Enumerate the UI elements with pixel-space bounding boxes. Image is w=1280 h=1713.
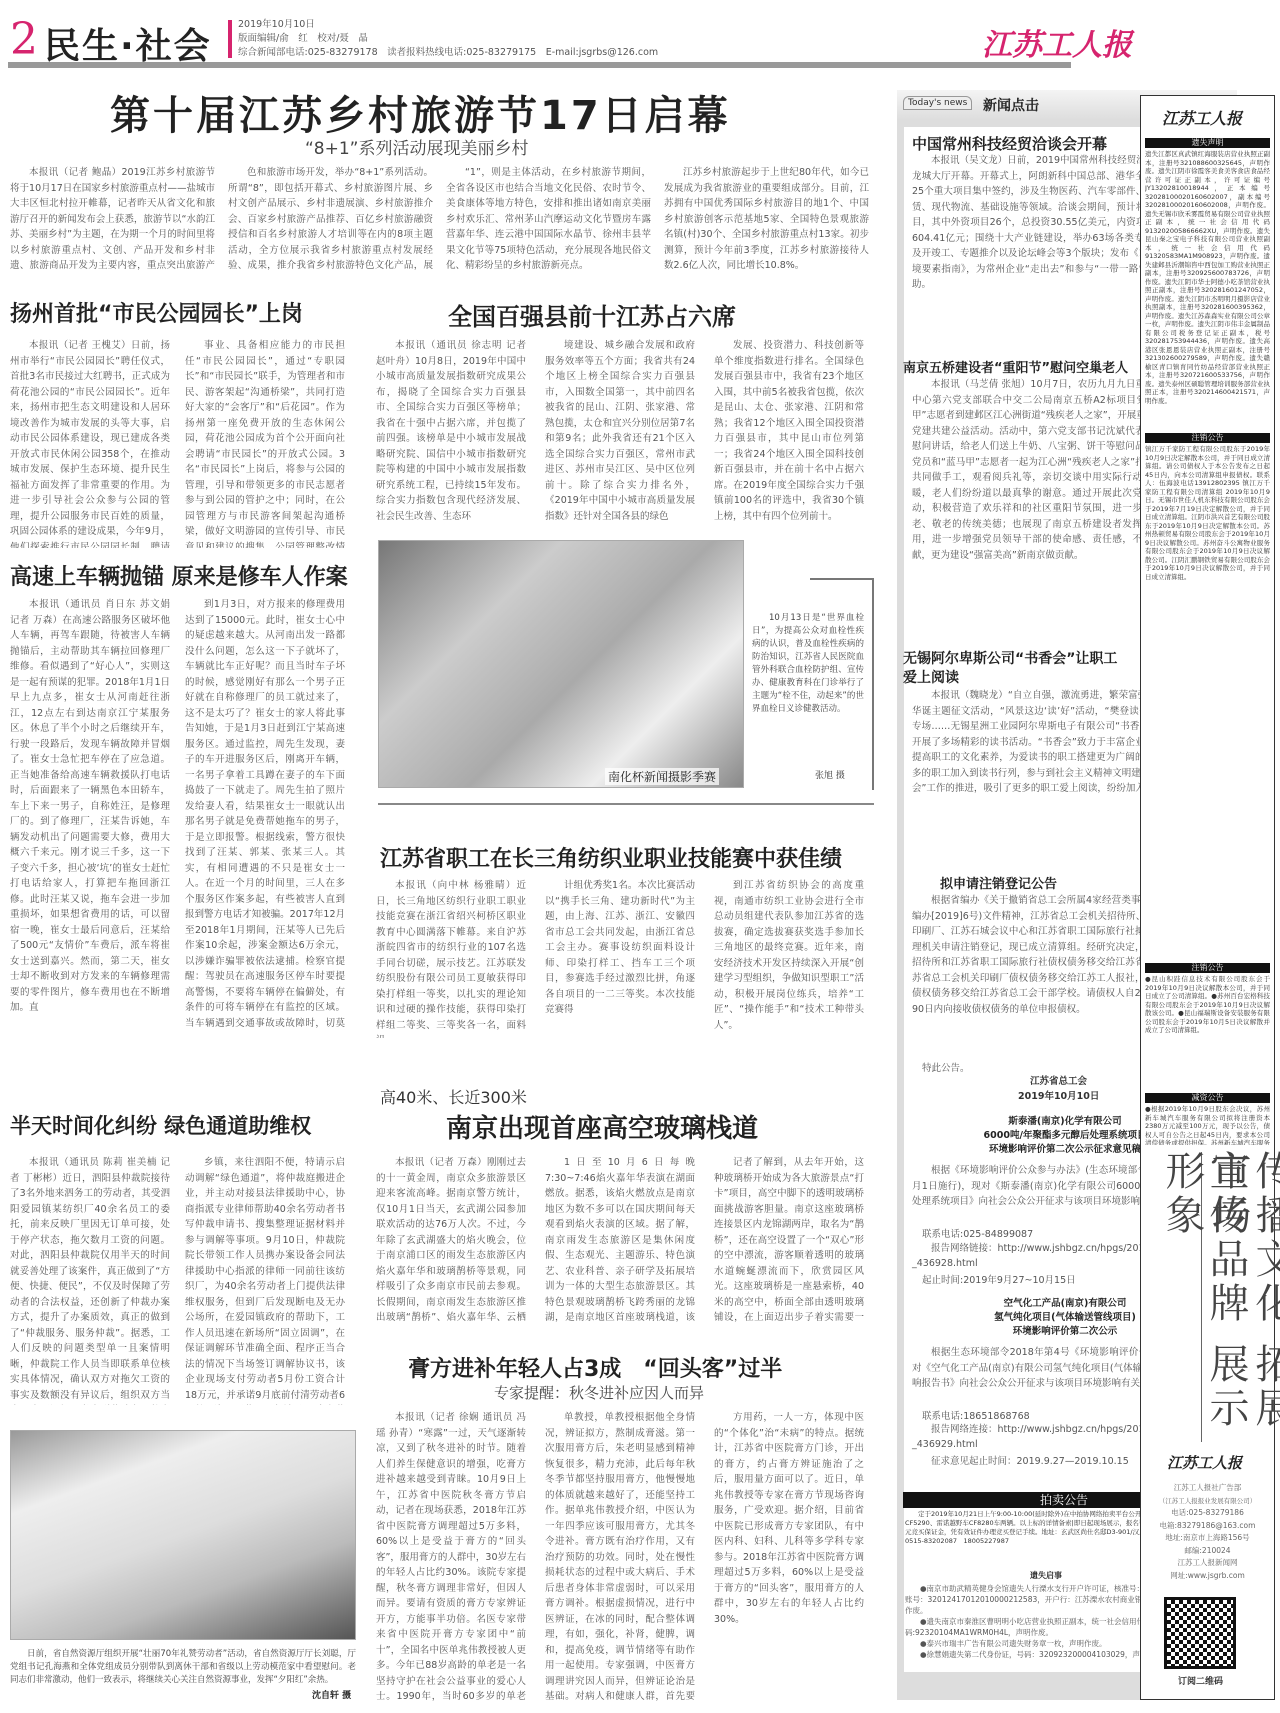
page-number: 2	[10, 18, 38, 62]
highway-col-1: 本报讯（通讯员 肖日东 苏文娟 记者 万森）在高速公路服务区破坏他人车辆，再驾车…	[10, 597, 170, 1032]
ad-section-3-title: 注销公告	[1145, 963, 1270, 973]
textile-col-2: 计组优秀奖1名。本次比赛活动以“携手长三角、建功新时代”为主题，由上海、江苏、浙…	[545, 878, 695, 1038]
photo-award-credit: 沈自轩 摄	[312, 1688, 351, 1701]
ad-section-4-body: ●根据2019年10月9日股东会决议，苏州新车城汽车服务有限公司拟将注册资本23…	[1145, 1105, 1270, 1145]
arbitration-col-1: 本报讯（通讯员 陈莉 崔美楠 记者 丁彬彬）近日，泗阳县仲裁院接待了3名外地来泗…	[10, 1155, 170, 1405]
lead-col-3: “1”，则是主体活动，在乡村旅游节期间，全省各设区市也结合当地文化民俗、农时节令…	[446, 165, 651, 275]
ad-section-2-body: 镇江万千家防工程有限公司股东于2019年10月9日决定解散本公司，并于同日成立清…	[1145, 445, 1270, 945]
cancellation-notice-title: 拟申请注销登记公告	[940, 873, 1057, 892]
masthead-accent-bar	[228, 20, 232, 58]
newspaper-logo: 江苏工人报	[982, 20, 1132, 64]
news-click-title: 新闻点击	[983, 95, 1039, 115]
lead-col-4: 江苏乡村旅游起步于上世纪80年代，如今已发展成为我省旅游业的重要组成部分。目前，…	[664, 165, 869, 275]
textile-col-1: 本报讯（向中林 杨雅晴）近日，长三角地区纺织行业职工职业技能竞赛在浙江省绍兴柯桥…	[376, 878, 526, 1038]
photo-contest-tag: 南化杯新闻摄影季赛	[605, 768, 719, 785]
glass-bridge-headline: 南京出现首座高空玻璃栈道	[446, 1108, 758, 1145]
today-news-tab: Today's news	[903, 96, 972, 110]
photo-bottom-rule	[378, 803, 874, 805]
arbitration-headline: 半天时间化纠纷 绿色通道助维权	[10, 1110, 311, 1140]
gaofang-subheadline: 专家提醒：秋冬进补应因人而异	[494, 1382, 704, 1403]
photo-blood-clinic	[378, 540, 744, 788]
top100-col-1: 本报讯（通讯员 徐志明 记者 赵叶舟）10月8日，2019年中国中小城市高质量发…	[376, 338, 526, 528]
ad-dept: 江苏工人报社广告部	[1142, 1482, 1273, 1495]
ad-section-1-title: 遗失声明	[1145, 138, 1270, 148]
photo-award-caption: 日前，省自然资源厅组织开展“壮丽70年礼赞劳动者”活动，省自然资源厅厅长刘聪，厅…	[10, 1648, 356, 1687]
ad-url[interactable]: 网址:www.jsgrb.com	[1142, 1570, 1273, 1583]
news-click-item-3-title: 无锡阿尔卑斯公司“书香会”让职工爱上阅读	[903, 650, 1123, 688]
ad-footer-logo: 江苏工人报	[1167, 1452, 1242, 1473]
ad-section-4-title: 减资公告	[1145, 1093, 1270, 1103]
glass-bridge-col-3: 记者了解到，从去年开始，这种玻璃桥开始成为各大旅游景点“打卡”项目，高空中脚下的…	[714, 1155, 864, 1325]
top100-col-2: 境建设、城乡融合发展和政府服务效率等五个方面；我省共有24个地区上榜全国综合实力…	[545, 338, 695, 528]
highway-headline: 高速上车辆抛锚 原来是修车人作案	[10, 560, 348, 591]
top100-headline: 全国百强县前十江苏占六席	[448, 297, 736, 332]
gaofang-col-2: 单教授，单教授根据他全身情况，辨证拟方，熬制成膏滋。第一次服用膏方后，朱老明显感…	[545, 1410, 695, 1705]
glass-bridge-kicker: 高40米、长近300米	[380, 1085, 527, 1108]
cancellation-notice-date: 2019年10月10日	[1018, 1088, 1099, 1102]
textile-headline: 江苏省职工在长三角纺织业职业技能赛中获佳绩	[380, 842, 842, 873]
qr-label: 订阅二维码	[1178, 1674, 1223, 1687]
arbitration-col-2: 乡镇，来往泗阳不便，特请示启动调解“绿色通道”，将仲裁庭搬进企业，并主动对接县法…	[185, 1155, 345, 1405]
ad-section-1-body: 遗失江都区真武镇红海服装店营业执照正副本，注册号321088600325645，…	[1145, 150, 1270, 430]
ad-company: （江苏工人报报业发展有限公司）	[1142, 1495, 1273, 1508]
cancellation-notice-closing: 特此公告。	[922, 1060, 970, 1074]
ad-section-3-body: ●昆山积跬信息技术有限公司股东会于2019年10月9日决议解散本公司，并于同日成…	[1145, 975, 1270, 1090]
yangzhou-headline: 扬州首批“市民公园园长”上岗	[10, 297, 303, 328]
cancellation-notice-signer: 江苏省总工会	[1030, 1073, 1087, 1087]
ad-postcode: 邮编:210024	[1142, 1545, 1273, 1558]
ad-column-logo: 江苏工人报	[1162, 106, 1242, 129]
subscribe-qr-code[interactable]	[1164, 1597, 1236, 1669]
issue-date: 2019年10月10日	[238, 18, 658, 32]
eia1-phone: 联系电话:025-84899087	[922, 1226, 1033, 1240]
news-click-item-2-title: 南京五桥建设者“重阳节”慰问空巢老人	[903, 357, 1128, 376]
editors: 版面编辑/俞 红 校对/聂 晶	[238, 32, 658, 46]
top100-col-3: 发展、投资潜力、科技创新等单个维度指数进行排名。全国绿色发展百强县市中，我省有2…	[714, 338, 864, 528]
gaofang-col-3: 方用药，一人一方，体现中医的“个体化”治“未病”的特点。据统计，江苏省中医院膏方…	[714, 1410, 864, 1705]
contacts: 综合新闻部电话:025-83279178 读者报料热线电话:025-832791…	[238, 46, 658, 60]
ad-section-2-title: 注销公告	[1145, 433, 1270, 443]
ad-contact-block: 江苏工人报社广告部 （江苏工人报报业发展有限公司） 电话:025-8327918…	[1142, 1482, 1273, 1582]
gaofang-headline: 膏方进补年轻人占3成 “回头客”过半	[408, 1352, 782, 1383]
slogan-left: 宣传品牌 展示形象	[1160, 1150, 1248, 1450]
ad-site-name: 江苏工人报新闻网	[1142, 1557, 1273, 1570]
textile-col-3: 到江苏省纺织协会的高度重视，南通市纺织工业协会进行全市总动员组建代表队参加江苏省…	[714, 878, 864, 1038]
photo-award-ceremony	[10, 1430, 356, 1640]
ad-address: 地址:南京市上海路156号	[1142, 1532, 1273, 1545]
photo-blood-credit: 张旭 摄	[815, 768, 845, 781]
highway-col-2: 到1月3日，对方报来的修理费用达到了15000元。此时，崔女士心中的疑虑越来越大…	[185, 597, 345, 1032]
lead-headline: 第十届江苏乡村旅游节17日启幕	[110, 84, 731, 141]
gaofang-col-1: 本报讯（记者 徐娴 通讯员 冯瑶 孙青）“寒露”一过，天气逐渐转凉，又到了秋冬进…	[376, 1410, 526, 1705]
yangzhou-col-1: 本报讯（记者 王槐艾）日前，扬州市举行“市民公园园长”聘任仪式，首批3名市民接过…	[10, 338, 170, 548]
eia2-phone: 联系电话:18651868768	[922, 1408, 1030, 1422]
eia1-period: 起止时间:2019年9月27~10月15日	[922, 1272, 1076, 1286]
glass-bridge-col-1: 本报讯（记者 万森）刚刚过去的十一黄金周，南京众多旅游景区迎来客流高峰。据南京警…	[376, 1155, 526, 1325]
lost-notice-title: 遗失启事	[1030, 1570, 1062, 1581]
news-click-item-1-title: 中国常州科技经贸洽谈会开幕	[912, 133, 1107, 154]
glass-bridge-col-2: 1日至10月6日每晚7:30~7:46焰火嘉年华表演在湖面燃放。据悉，该焰火燃放…	[545, 1155, 695, 1325]
ad-phone: 电话:025-83279186	[1142, 1507, 1273, 1520]
lead-subheadline: “8+1”系列活动展现美丽乡村	[305, 134, 529, 159]
lead-col-1: 本报讯（记者 鲍晶）2019江苏乡村旅游节将于10月17日在国家乡村旅游重点村—…	[10, 165, 215, 275]
ad-email[interactable]: 电箱:83279186@163.com	[1142, 1520, 1273, 1533]
lead-col-2: 色和旅游市场开发，举办“8+1”系列活动。所谓“8”，即包括开幕式、乡村旅游图片…	[228, 165, 433, 275]
yangzhou-col-2: 事业、具备相应能力的市民担任“市民公园园长”，通过“专职园长”和“市民园长”联手…	[185, 338, 345, 548]
masthead-rule	[8, 62, 1071, 68]
masthead-meta: 2019年10月10日 版面编辑/俞 红 校对/聂 晶 综合新闻部电话:025-…	[238, 18, 658, 60]
photo-blood-caption: 10月13日是“世界血栓日”，为提高公众对血栓性疾病的认识，普及血栓性疾病的防治…	[752, 612, 864, 716]
